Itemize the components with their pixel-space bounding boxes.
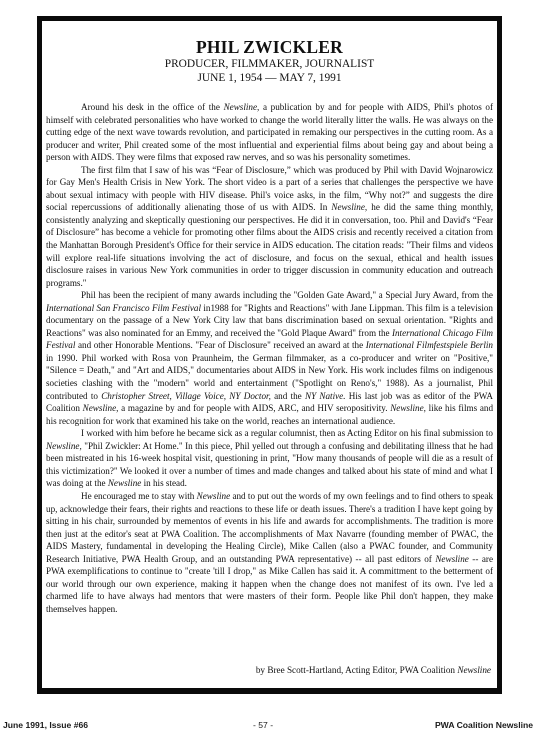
italic-title: Newsline, (224, 102, 260, 112)
paragraph-text: I worked with him before he became sick … (81, 428, 493, 438)
paragraph-text: and to put out the words of my own feeli… (46, 491, 493, 564)
paragraph-text: Around his desk in the office of the (81, 102, 224, 112)
article-paragraph: Around his desk in the office of the New… (46, 101, 493, 164)
article-paragraph: I worked with him before he became sick … (46, 427, 493, 490)
italic-title: Newsline, (390, 403, 426, 413)
byline-author: by Bree Scott-Hartland, Acting Editor, P… (256, 665, 457, 675)
byline-publication: Newsline (457, 665, 491, 675)
paragraph-text: Phil has been the recipient of many awar… (81, 290, 493, 300)
footer-page-number: - 57 - (253, 720, 273, 730)
life-dates: JUNE 1, 1954 — MAY 7, 1991 (42, 71, 497, 85)
paragraph-text: and other Honorable Mentions. "Fear of D… (75, 340, 365, 350)
paragraph-text: in his stead. (141, 478, 187, 488)
italic-title: Newsline, (331, 202, 367, 212)
italic-title: Newsline (197, 491, 230, 501)
footer-publication: PWA Coalition Newsline (435, 720, 533, 730)
byline: by Bree Scott-Hartland, Acting Editor, P… (256, 664, 491, 676)
article-paragraph: The first film that I saw of his was “Fe… (46, 164, 493, 289)
italic-title: Newsline (108, 478, 141, 488)
paragraph-text: He encouraged me to stay with (81, 491, 197, 501)
article-body: Around his desk in the office of the New… (46, 101, 493, 615)
article-paragraph: Phil has been the recipient of many awar… (46, 289, 493, 427)
italic-title: Christopher Street, Village Voice, NY Do… (101, 391, 271, 401)
footer-issue: June 1991, Issue #66 (3, 720, 88, 730)
paragraph-text: a magazine by and for people with AIDS, … (118, 403, 390, 413)
italic-title: NY Native. (305, 391, 346, 401)
occupation-subtitle: PRODUCER, FILMMAKER, JOURNALIST (42, 57, 497, 71)
italic-title: International San Francisco Film Festiva… (46, 303, 201, 313)
article-header: PHIL ZWICKLER PRODUCER, FILMMAKER, JOURN… (42, 37, 497, 85)
paragraph-text: and the (271, 391, 305, 401)
italic-title: Newsline (435, 554, 468, 564)
page-footer: June 1991, Issue #66 - 57 - PWA Coalitio… (0, 720, 537, 732)
italic-title: International Filmfestspiele Berlin (366, 340, 493, 350)
article-paragraph: He encouraged me to stay with Newsline a… (46, 490, 493, 615)
paragraph-text: he did the same thing monthly, consisten… (46, 202, 493, 287)
page-title: PHIL ZWICKLER (42, 37, 497, 57)
italic-title: Newsline, (46, 441, 82, 451)
article-frame: PHIL ZWICKLER PRODUCER, FILMMAKER, JOURN… (37, 16, 502, 694)
italic-title: Newsline, (83, 403, 119, 413)
